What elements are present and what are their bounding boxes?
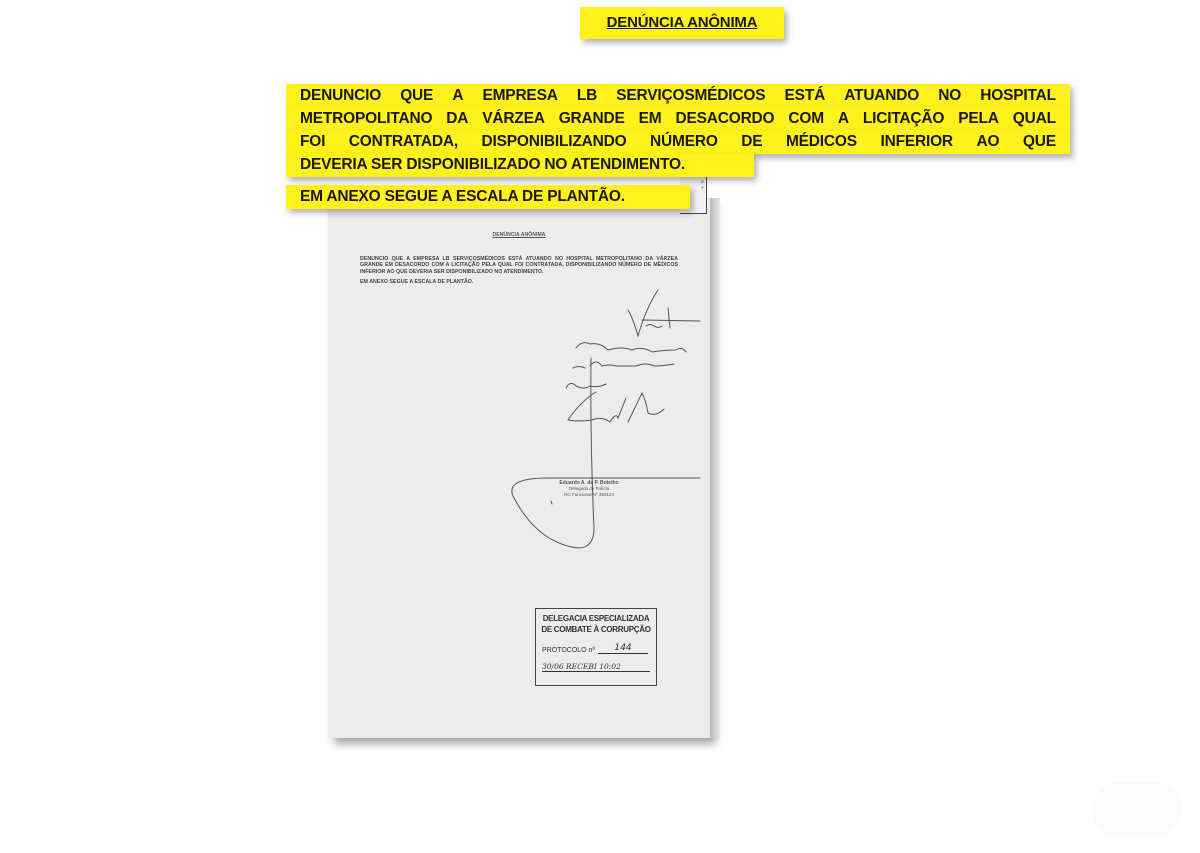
document-title: DENÚNCIA ANÔNIMA <box>328 232 710 238</box>
signature-id: RG Funcional Nº 350124 <box>534 492 644 498</box>
highlighted-line-1: DENUNCIOQUEAEMPRESALBSERVIÇOSMÉDICOSESTÁ… <box>286 84 1070 108</box>
scanned-document-page: DENÚNCIA ANÔNIMA DENUNCIO QUE A EMPRESA … <box>328 198 710 738</box>
document-body: DENUNCIO QUE A EMPRESA LB SERVIÇOSMÉDICO… <box>360 256 678 290</box>
stamp-date: 30/06 RECEBI 10:02 <box>542 662 650 672</box>
stamp-protocol-number: 144 <box>598 643 648 654</box>
signature-block: Eduardo A. de P. Botelho Delegado de Pol… <box>534 480 644 498</box>
highlighted-title: DENÚNCIA ANÔNIMA <box>580 7 784 39</box>
stamp-line-2: DE COMBATE À CORRUPÇÃO <box>536 624 656 635</box>
stamp-line-1: DELEGACIA ESPECIALIZADA <box>536 613 656 624</box>
page-edge-shadow <box>710 198 720 738</box>
watermark-logo <box>1092 782 1182 836</box>
document-paragraph: DENUNCIO QUE A EMPRESA LB SERVIÇOSMÉDICO… <box>360 256 678 275</box>
highlighted-line-3: FOICONTRATADA,DISPONIBILIZANDONÚMERODEMÉ… <box>286 130 1070 154</box>
protocol-stamp: DELEGACIA ESPECIALIZADA DE COMBATE À COR… <box>535 608 657 686</box>
highlighted-line-4: DEVERIA SER DISPONIBILIZADO NO ATENDIMEN… <box>286 153 754 177</box>
highlighted-annex: EM ANEXO SEGUE A ESCALA DE PLANTÃO. <box>286 185 690 209</box>
highlighted-line-2: METROPOLITANODAVÁRZEAGRANDEEMDESACORDOCO… <box>286 107 1070 131</box>
stamp-protocol: PROTOCOLO nº 144 <box>542 643 656 654</box>
stamp-protocol-label: PROTOCOLO nº <box>542 647 595 654</box>
document-annex-line: EM ANEXO SEGUE A ESCALA DE PLANTÃO. <box>360 279 678 285</box>
